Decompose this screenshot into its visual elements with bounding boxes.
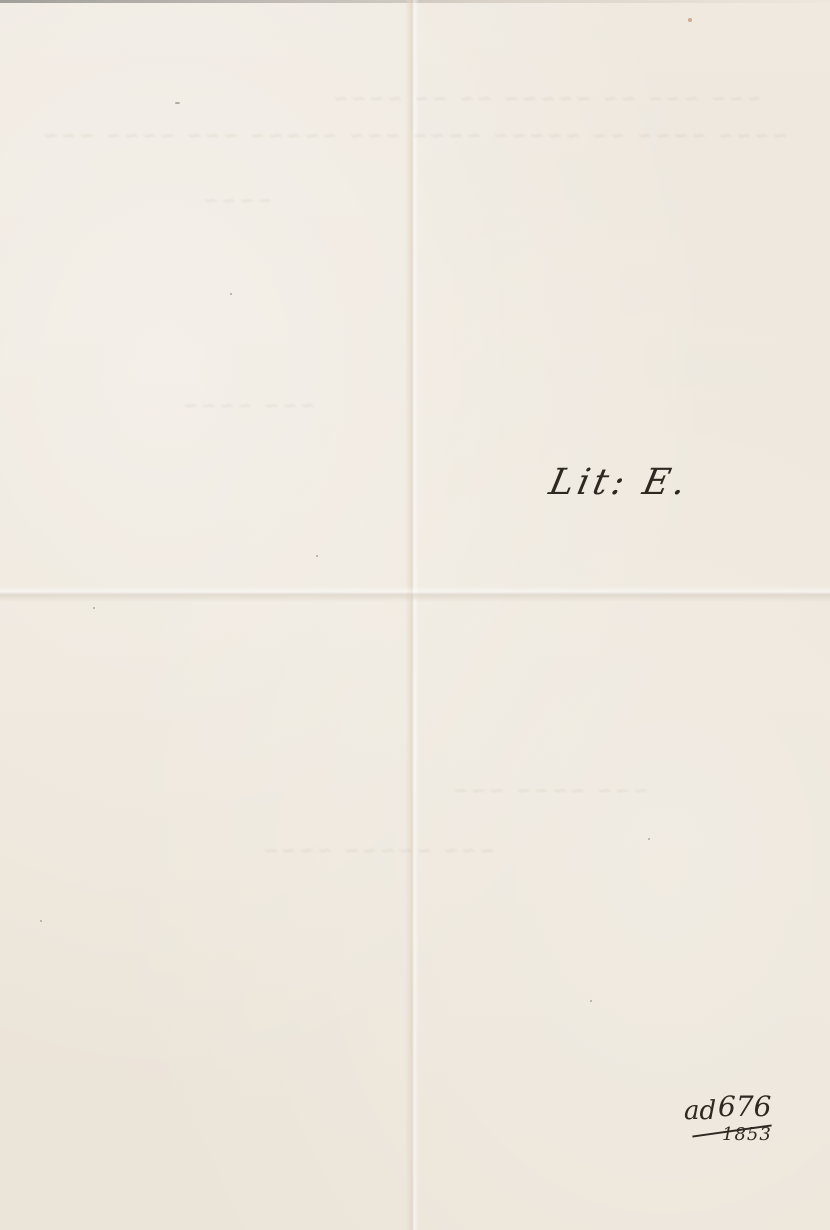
- bleed-through-text: ~~~~ ~~~~ ~~ ~~~~~ ~~~~ ~~~ ~~~~~ ~~~ ~~…: [40, 125, 788, 146]
- reference-number: ad 676 1853: [682, 1090, 792, 1150]
- lit-label: Lit: E.: [546, 462, 694, 503]
- paper-speck: [230, 293, 232, 295]
- paper-speck: [590, 1000, 592, 1002]
- paper-speck: [93, 607, 95, 609]
- bleed-through-text: ~~~ ~~~~: [180, 395, 315, 416]
- horizontal-fold-line: [0, 586, 830, 602]
- paper-speck: [175, 102, 180, 104]
- paper-speck: [316, 555, 318, 557]
- reference-year: 1853: [722, 1124, 772, 1145]
- bleed-through-text: ~~~ ~~~ ~~ ~~~~~ ~~ ~~ ~~~~: [330, 88, 762, 109]
- reference-number-value: 676: [718, 1090, 771, 1123]
- bleed-through-text: ~~~ ~~~~ ~~~: [450, 780, 648, 801]
- bleed-through-text: ~~~ ~~~~~ ~~~~: [260, 840, 494, 861]
- bleed-through-text: ~~~~: [200, 190, 272, 211]
- paper-speck: [688, 18, 692, 22]
- reference-prefix: ad: [684, 1096, 716, 1126]
- document-page: ~~~ ~~~ ~~ ~~~~~ ~~ ~~ ~~~~ ~~~~ ~~~~ ~~…: [0, 0, 830, 1230]
- vertical-fold-line: [405, 0, 419, 1230]
- paper-speck: [40, 920, 42, 922]
- paper-speck: [648, 838, 650, 840]
